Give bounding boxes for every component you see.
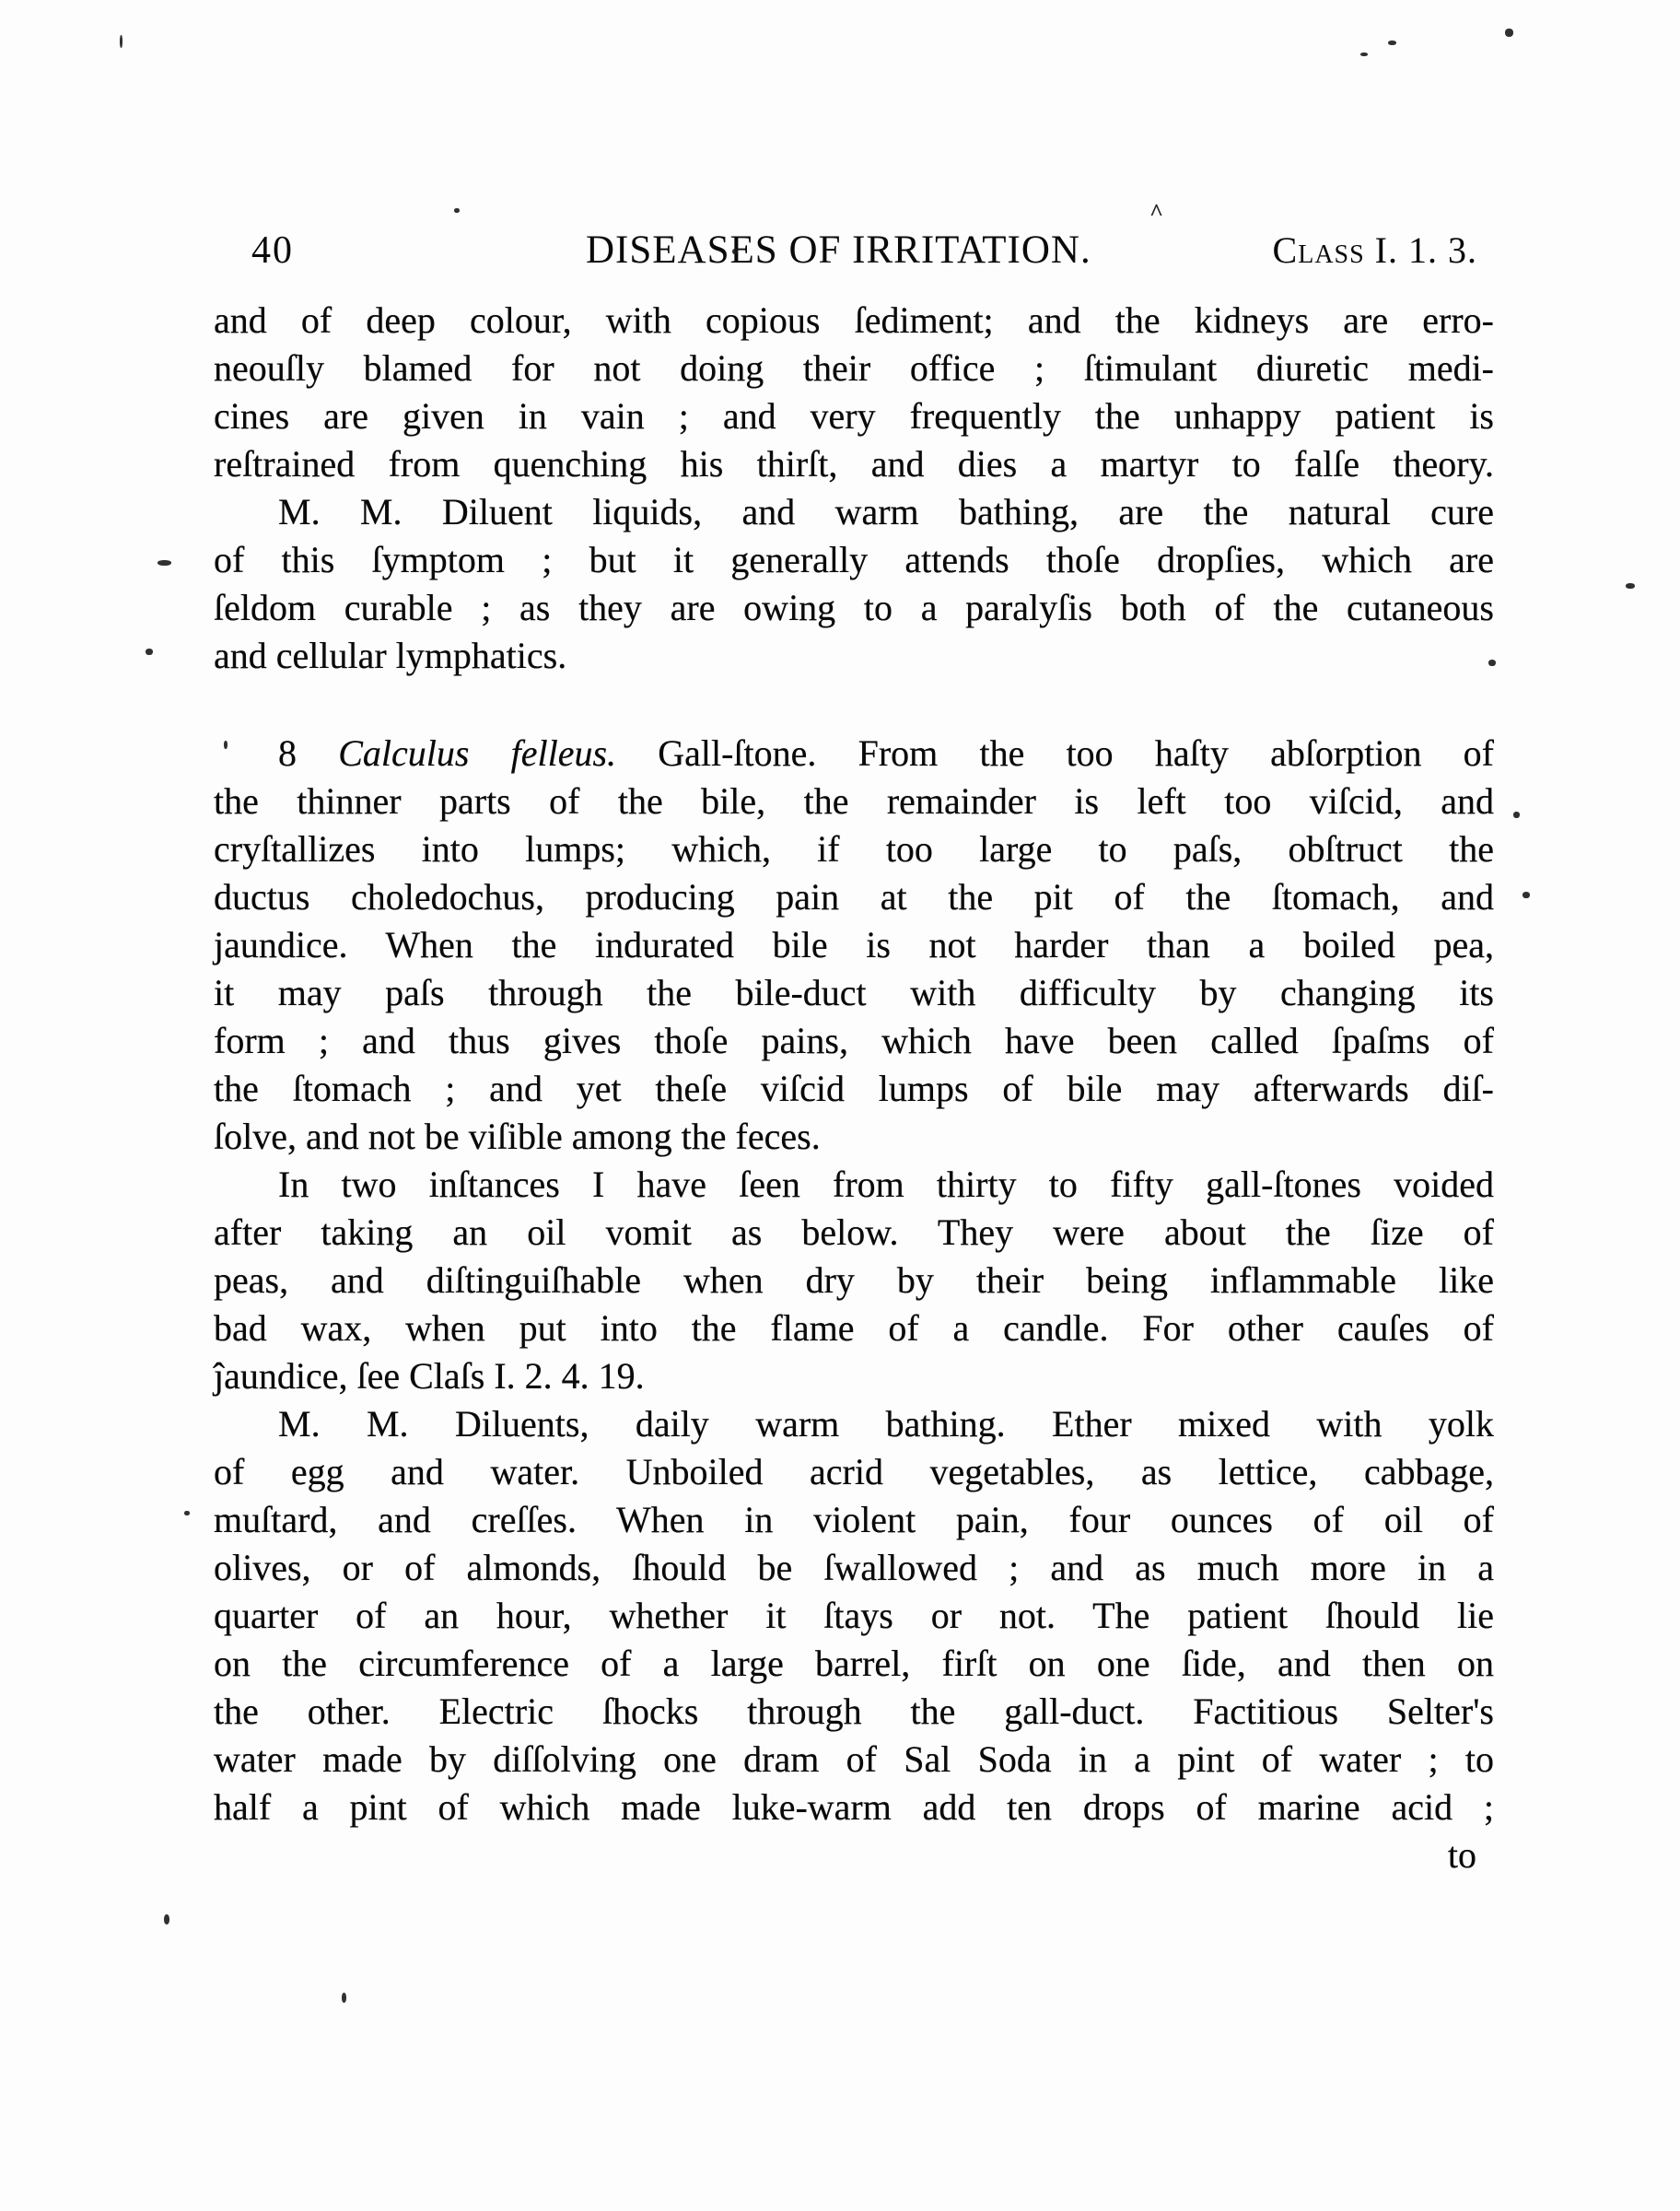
text-line: ſolve, and not be viſible among the fece… [214, 1113, 1494, 1161]
text-line: 8 Calculus felleus. Gall-ſtone. From the… [214, 730, 1494, 778]
catchword: to [1448, 1834, 1476, 1876]
scan-speck [1388, 41, 1396, 45]
scan-speck [146, 649, 153, 655]
scan-speck [1505, 29, 1513, 37]
text-line: half a pint of which made luke-warm add … [214, 1784, 1494, 1831]
text-line: the ſtomach ; and yet theſe viſcid lumps… [214, 1065, 1494, 1113]
page-number: 40 [251, 228, 294, 273]
text-line: cines are given in vain ; and very frequ… [214, 392, 1494, 440]
text-line: peas, and diſtinguiſhable when dry by th… [214, 1257, 1494, 1304]
text-line: muſtard, and creſſes. When in violent pa… [214, 1496, 1494, 1544]
class-reference: Class I. 1. 3. [1273, 228, 1477, 273]
paragraph: M. M. Diluent liquids, and warm bathing,… [214, 488, 1494, 680]
text-line: and of deep colour, with copious ſedimen… [214, 297, 1494, 345]
catchword-row: to [214, 1831, 1494, 1879]
text-line: and cellular lymphatics. [214, 632, 1494, 680]
scan-speck [732, 249, 738, 254]
scan-speck [184, 1511, 190, 1515]
page-header: 40 DISEASES OF IRRITATION. Class I. 1. 3… [214, 228, 1494, 273]
text-line: ſeldom curable ; as they are owing to a … [214, 584, 1494, 632]
text-line: reſtrained from quenching his thirſt, an… [214, 440, 1494, 488]
text-line: the other. Electric ſhocks through the g… [214, 1688, 1494, 1736]
text-line: after taking an oil vomit as below. They… [214, 1209, 1494, 1257]
text-line: form ; and thus gives thoſe pains, which… [214, 1017, 1494, 1065]
text-line: quarter of an hour, whether it ſtays or … [214, 1592, 1494, 1640]
paragraph: 8 Calculus felleus. Gall-ſtone. From the… [214, 730, 1494, 1161]
text-line: neouſly blamed for not doing their offic… [214, 345, 1494, 392]
book-page: 40 DISEASES OF IRRITATION. Class I. 1. 3… [0, 0, 1680, 2211]
scan-speck [1360, 53, 1368, 56]
page-body: and of deep colour, with copious ſedimen… [214, 297, 1494, 1831]
text-line: cryſtallizes into lumps; which, if too l… [214, 825, 1494, 873]
text-line: jaundice. When the indurated bile is not… [214, 921, 1494, 969]
scan-speck [1488, 660, 1496, 666]
text-line: M. M. Diluents, daily warm bathing. Ethe… [214, 1400, 1494, 1448]
text-block: 40 DISEASES OF IRRITATION. Class I. 1. 3… [214, 228, 1494, 1879]
text-run: 8 [278, 732, 338, 774]
scan-speck [1522, 892, 1530, 898]
running-title: DISEASES OF IRRITATION. [586, 228, 1091, 273]
text-line: ductus choledochus, producing pain at th… [214, 873, 1494, 921]
paragraph: In two inſtances I have ſeen from thirty… [214, 1161, 1494, 1400]
scan-speck [224, 741, 227, 749]
scan-speck [1513, 812, 1520, 818]
scan-speck [1626, 583, 1635, 589]
text-line: ĵaundice, ſee Claſs I. 2. 4. 19. [214, 1352, 1494, 1400]
scan-speck [164, 1914, 169, 1924]
text-line: In two inſtances I have ſeen from thirty… [214, 1161, 1494, 1209]
paragraph: and of deep colour, with copious ſedimen… [214, 297, 1494, 488]
text-line: of egg and water. Unboiled acrid vegetab… [214, 1448, 1494, 1496]
text-line: the thinner parts of the bile, the remai… [214, 778, 1494, 825]
scan-mark-caret: ^ [1149, 206, 1163, 219]
italic-term: Calculus felleus. [338, 732, 616, 774]
text-line: water made by diſſolving one dram of Sal… [214, 1736, 1494, 1784]
scan-speck [342, 1993, 346, 2003]
scan-speck [120, 35, 122, 48]
text-run: Gall-ſtone. From the too haſty abſorptio… [616, 732, 1494, 774]
paragraph: M. M. Diluents, daily warm bathing. Ethe… [214, 1400, 1494, 1831]
text-line: M. M. Diluent liquids, and warm bathing,… [214, 488, 1494, 536]
text-line: it may paſs through the bile-duct with d… [214, 969, 1494, 1017]
text-line: of this ſymptom ; but it generally atten… [214, 536, 1494, 584]
text-line: olives, or of almonds, ſhould be ſwallow… [214, 1544, 1494, 1592]
text-line: bad wax, when put into the flame of a ca… [214, 1304, 1494, 1352]
scan-speck [454, 208, 460, 213]
text-line: on the circumference of a large barrel, … [214, 1640, 1494, 1688]
scan-speck [157, 560, 171, 566]
